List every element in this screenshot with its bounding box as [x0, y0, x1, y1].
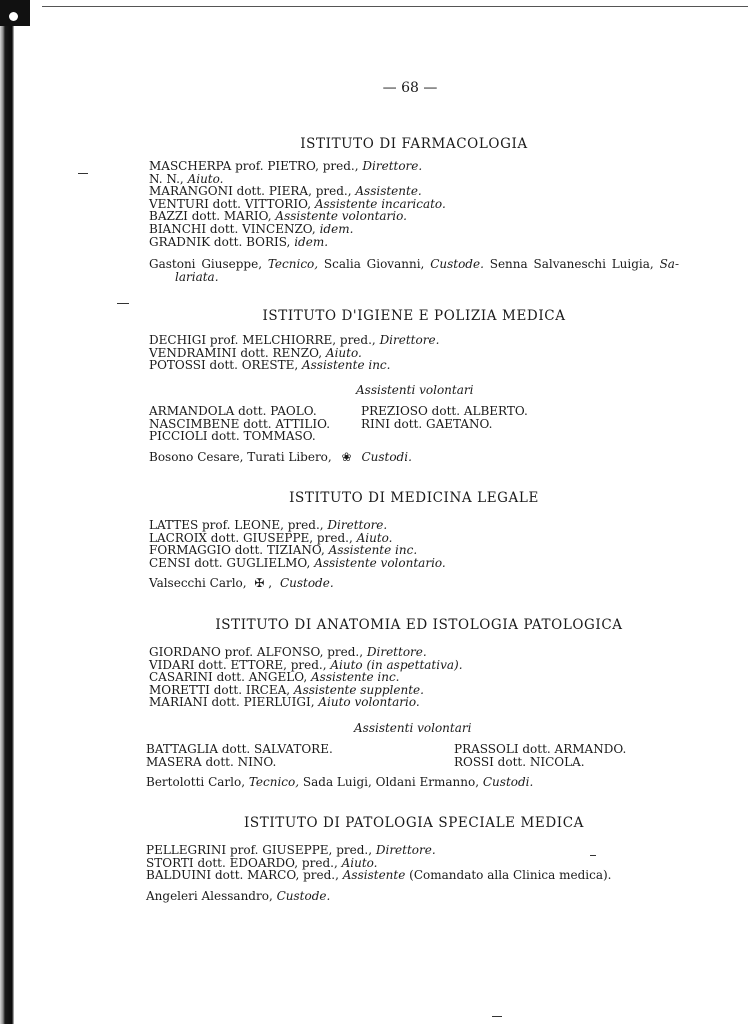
member-entry: MASCHERPA prof. PIETRO, pred., Direttore… — [149, 160, 689, 173]
volunteer-entry: PICCIOLI dott. TOMMASO. — [149, 430, 330, 443]
volunteer-entry: ARMANDOLA dott. PAOLO. — [149, 405, 330, 418]
page-number: — 68 — — [0, 80, 748, 96]
volunteers-left-column: ARMANDOLA dott. PAOLO. NASCIMBENE dott. … — [149, 405, 330, 443]
volunteers-right-column: PRASSOLI dott. ARMANDO. ROSSI dott. NICO… — [454, 743, 626, 768]
section-heading-patologia-speciale: ISTITUTO DI PATOLOGIA SPECIALE MEDICA — [40, 815, 748, 831]
volunteer-entry: PREZIOSO dott. ALBERTO. — [361, 405, 528, 418]
cross-symbol-icon: ✠ , — [254, 576, 272, 590]
staff-note-patologia-speciale: Angeleri Alessandro, Custode. — [146, 890, 676, 903]
printer-symbol-icon: ❀ — [342, 450, 352, 464]
section-members-medicina-legale: LATTES prof. LEONE, pred., Direttore. LA… — [149, 519, 689, 569]
margin-mark — [492, 1016, 502, 1017]
staff-note-igiene: Bosono Cesare, Turati Libero, ❀ Custodi. — [149, 451, 679, 464]
book-binding-edge — [0, 0, 14, 1024]
volunteer-entry: MASERA dott. NINO. — [146, 756, 333, 769]
section-members-igiene: DECHIGI prof. MELCHIORRE, pred., Diretto… — [149, 334, 689, 372]
member-entry: POTOSSI dott. ORESTE, Assistente inc. — [149, 359, 689, 372]
section-heading-farmacologia: ISTITUTO DI FARMACOLOGIA — [40, 136, 748, 152]
staff-note-farmacologia: Gastoni Giuseppe, Tecnico, Scalia Giovan… — [149, 258, 679, 284]
volunteers-left-column: BATTAGLIA dott. SALVATORE. MASERA dott. … — [146, 743, 333, 768]
section-members-anatomia: GIORDANO prof. ALFONSO, pred., Direttore… — [149, 646, 689, 709]
member-entry: MARIANI dott. PIERLUIGI, Aiuto volontari… — [149, 696, 689, 709]
volunteer-entry: RINI dott. GAETANO. — [361, 418, 528, 431]
section-members-farmacologia: MASCHERPA prof. PIETRO, pred., Direttore… — [149, 160, 689, 248]
margin-mark — [117, 303, 129, 304]
volunteers-right-column: PREZIOSO dott. ALBERTO. RINI dott. GAETA… — [361, 405, 528, 430]
scan-corner-mark — [0, 0, 30, 26]
section-heading-medicina-legale: ISTITUTO DI MEDICINA LEGALE — [40, 490, 748, 506]
volunteer-entry: PRASSOLI dott. ARMANDO. — [454, 743, 626, 756]
member-entry: BALDUINI dott. MARCO, pred., Assistente … — [146, 869, 686, 882]
section-heading-anatomia: ISTITUTO DI ANATOMIA ED ISTOLOGIA PATOLO… — [45, 617, 748, 633]
staff-note-medicina-legale: Valsecchi Carlo, ✠ , Custode. — [149, 577, 679, 590]
subheading-assistenti-volontari: Assistenti volontari — [356, 383, 473, 397]
section-members-patologia-speciale: PELLEGRINI prof. GIUSEPPE, pred., Dirett… — [146, 844, 686, 882]
volunteer-entry: BATTAGLIA dott. SALVATORE. — [146, 743, 333, 756]
section-heading-igiene: ISTITUTO D'IGIENE E POLIZIA MEDICA — [40, 308, 748, 324]
subheading-assistenti-volontari: Assistenti volontari — [354, 721, 471, 735]
member-entry: GRADNIK dott. BORIS, idem. — [149, 236, 689, 249]
volunteer-entry: ROSSI dott. NICOLA. — [454, 756, 626, 769]
top-rule — [42, 6, 748, 7]
member-entry: CENSI dott. GUGLIELMO, Assistente volont… — [149, 557, 689, 570]
margin-mark — [78, 173, 88, 174]
staff-note-anatomia: Bertolotti Carlo, Tecnico, Sada Luigi, O… — [146, 776, 676, 789]
